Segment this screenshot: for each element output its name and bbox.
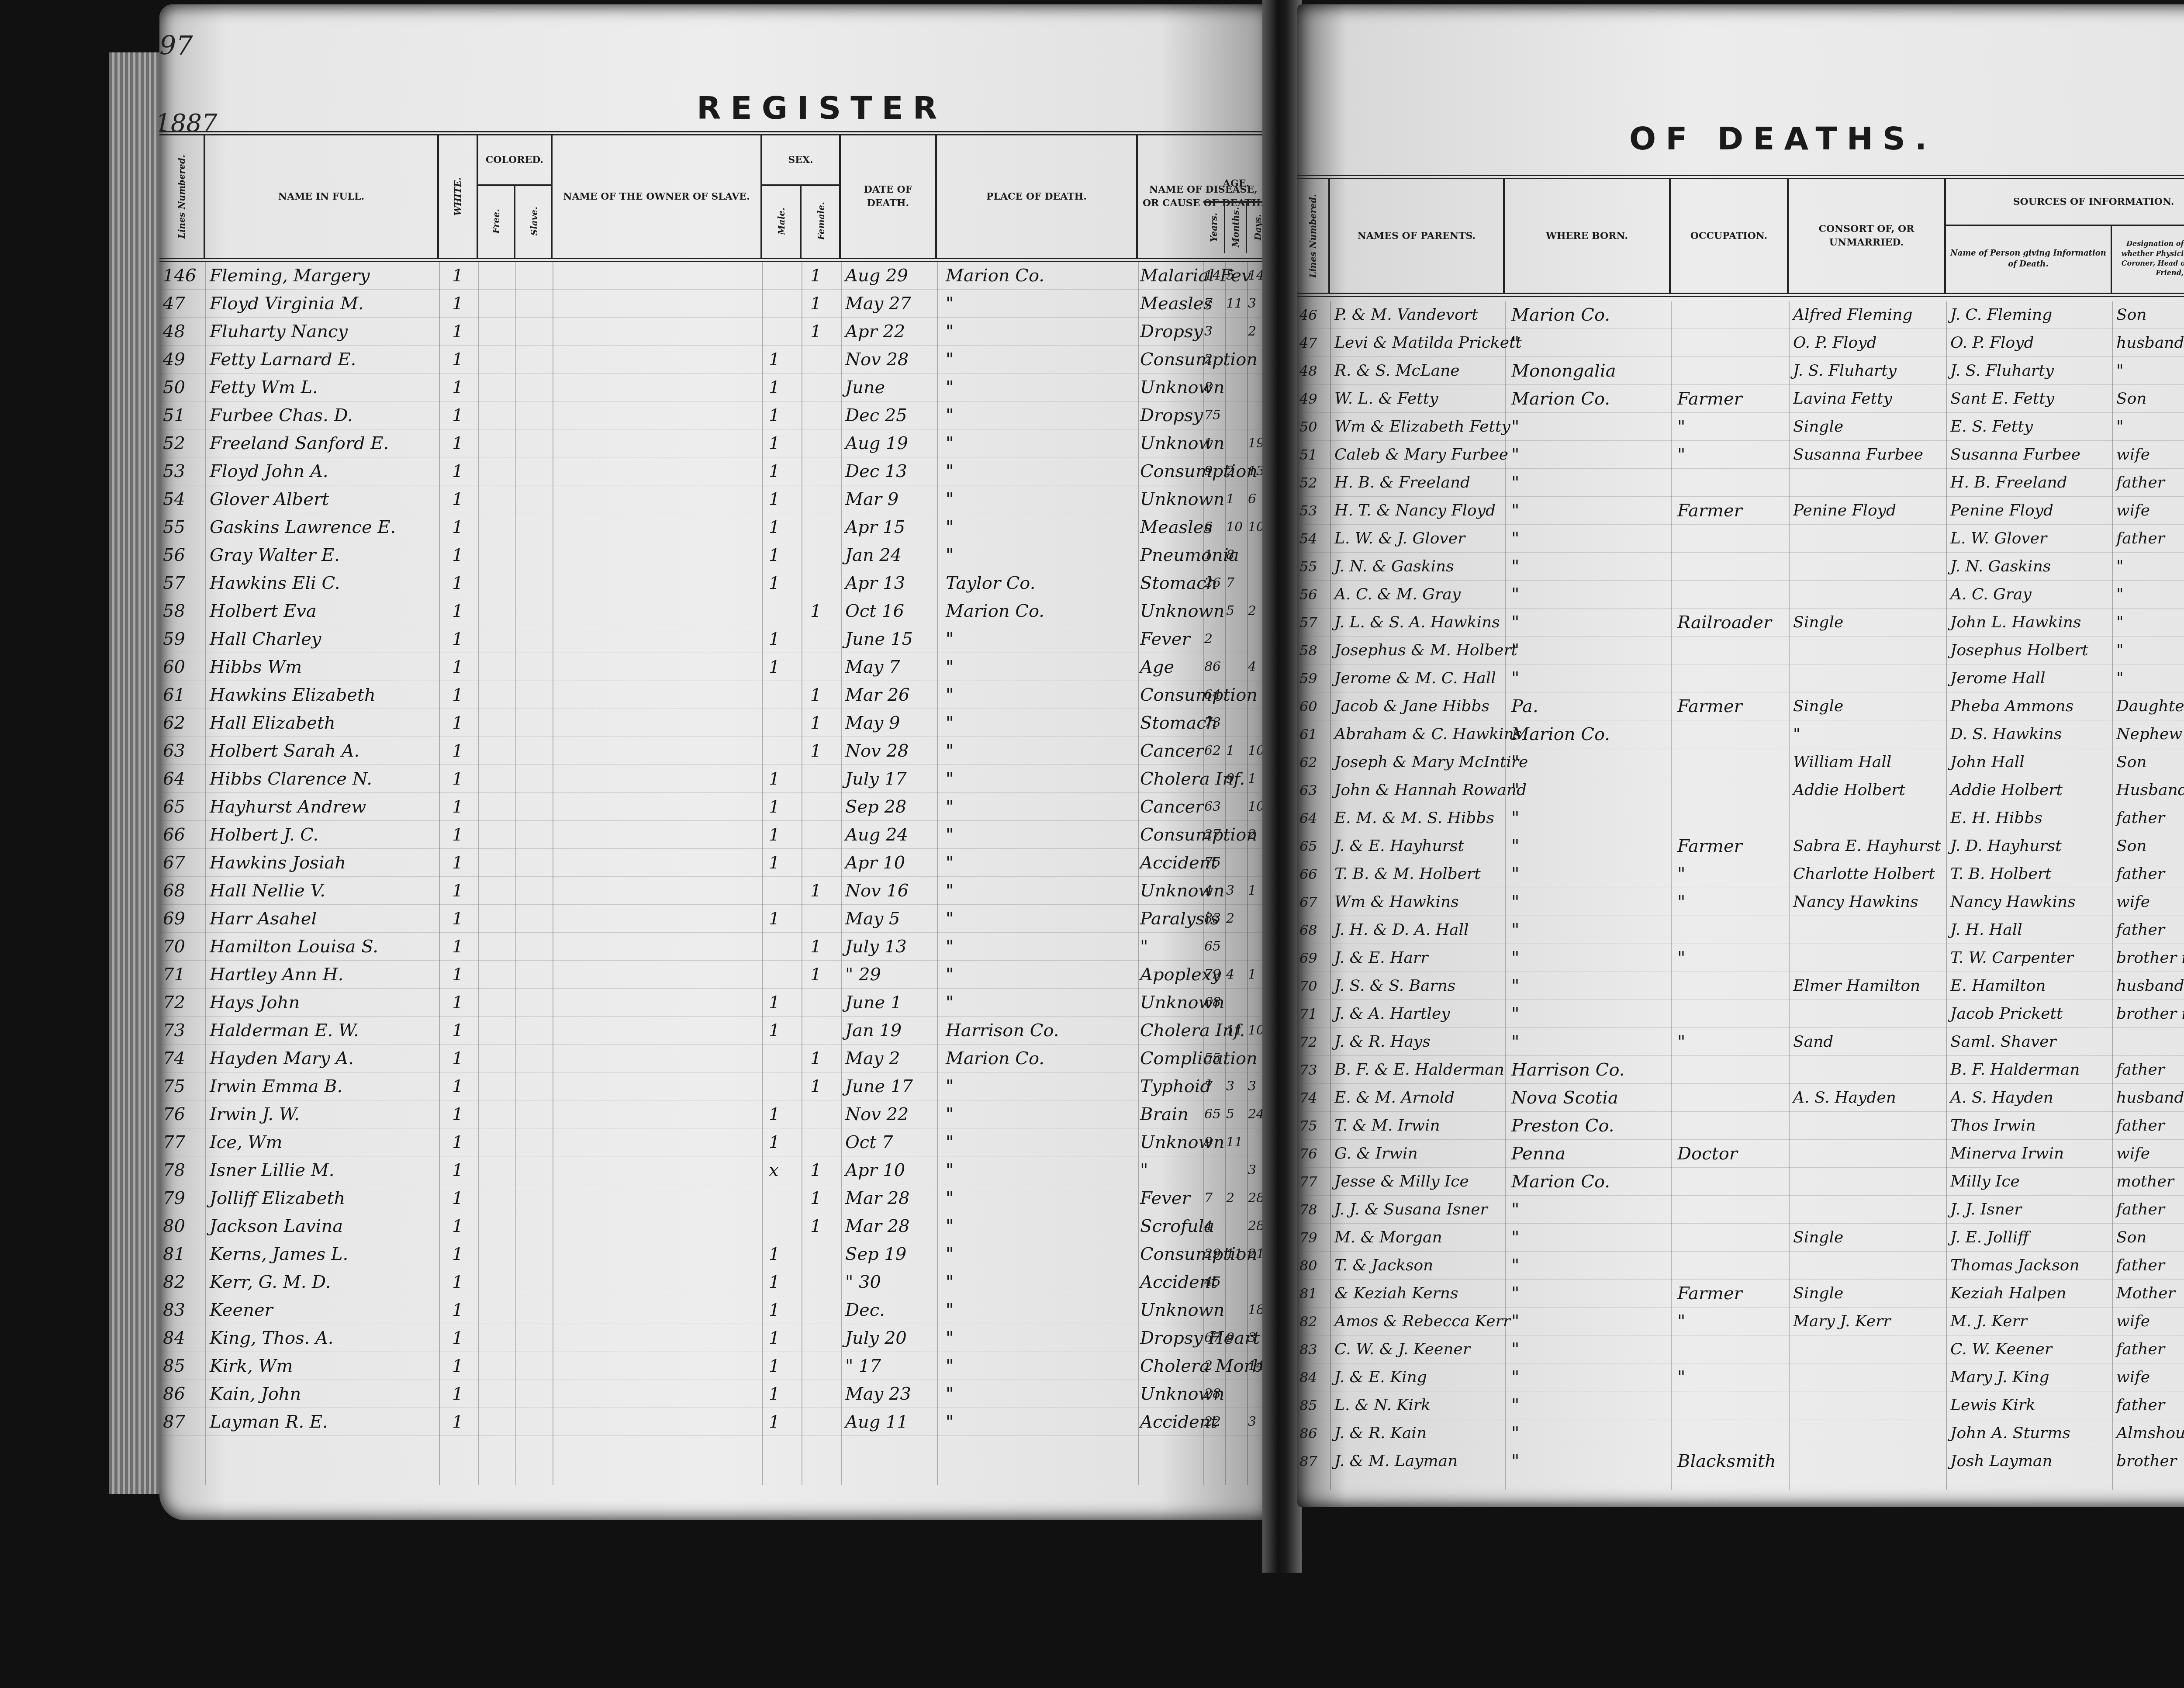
occupation: " [1677, 889, 1685, 916]
table-row: 56Gray Walter E.11Jan 24"Pneumonia18 [159, 542, 1269, 569]
line-number: 68 [163, 877, 185, 904]
white-mark: 1 [452, 849, 463, 876]
parents-names: J. & M. Layman [1334, 1448, 1458, 1475]
place-of-death: " [946, 626, 954, 653]
where-born: " [1511, 1448, 1519, 1475]
table-row: 87J. & M. Layman"BlacksmithJosh Laymanbr… [1297, 1448, 2184, 1475]
age-years: 14 [1204, 262, 1221, 289]
header-years: Years. [1203, 201, 1225, 253]
informant-designation: " [2116, 581, 2124, 608]
informant-name: H. B. Freeland [1950, 469, 2067, 496]
consort: Single [1793, 1224, 1843, 1251]
white-mark: 1 [452, 933, 463, 960]
line-number: 71 [163, 961, 185, 988]
deceased-name: Fetty Larnard E. [210, 346, 356, 373]
table-row: 82Kerr, G. M. D.11" 30"Accident45 [159, 1269, 1269, 1296]
age-years: 64 [1204, 681, 1221, 709]
informant-name: Addie Holbert [1950, 777, 2063, 804]
line-number: 81 [163, 1241, 185, 1268]
consort: Nancy Hawkins [1793, 889, 1918, 916]
where-born: " [1511, 1280, 1519, 1307]
table-row: 80Jackson Lavina11Mar 28"Scrofula428 [159, 1213, 1269, 1240]
where-born: " [1511, 637, 1519, 664]
age-years: 86 [1204, 654, 1221, 681]
age-months: 5 [1226, 262, 1234, 289]
white-mark: 1 [452, 1269, 463, 1296]
line-number: 80 [163, 1213, 185, 1240]
occupation: " [1677, 944, 1685, 972]
white-mark: 1 [452, 290, 463, 317]
occupation: Farmer [1677, 497, 1742, 524]
line-number: 64 [163, 765, 185, 792]
date-of-death: June 17 [845, 1073, 913, 1100]
informant-designation: father [2116, 1392, 2165, 1419]
deceased-name: King, Thos. A. [210, 1325, 334, 1352]
informant-designation: " [2116, 413, 2124, 440]
white-mark: 1 [452, 542, 463, 569]
informant-designation: Mother [2116, 1280, 2175, 1307]
cause-of-death: Fever [1140, 626, 1190, 653]
cause-of-death: Cancer [1140, 737, 1203, 764]
line-number: 86 [1299, 1420, 1317, 1447]
female-mark: 1 [810, 1213, 821, 1240]
white-mark: 1 [452, 1073, 463, 1100]
date-of-death: Nov 16 [845, 877, 909, 904]
header-lines-numbered: Lines Numbered. [159, 135, 205, 258]
parents-names: Joseph & Mary McIntire [1334, 749, 1528, 776]
parents-names: J. H. & D. A. Hall [1334, 917, 1469, 944]
table-row: 82Amos & Rebecca Kerr""Mary J. KerrM. J.… [1297, 1308, 2184, 1335]
place-of-death: Taylor Co. [946, 570, 1035, 597]
informant-designation: wife [2116, 441, 2150, 468]
male-mark: 1 [769, 821, 780, 848]
date-of-death: Oct 7 [845, 1129, 893, 1156]
table-row: 71Hartley Ann H.11" 29"Apoplexy7941 [159, 961, 1269, 988]
parents-names: E. M. & M. S. Hibbs [1334, 805, 1494, 832]
header-lines-numbered-right: Lines Numbered. [1297, 179, 1330, 293]
informant-name: Mary J. King [1950, 1364, 2049, 1391]
place-of-death: " [946, 905, 954, 932]
table-row: 62Hall Elizabeth11May 9"Stomach73 [159, 709, 1269, 737]
male-mark: 1 [769, 1380, 780, 1408]
date-of-death: May 2 [845, 1045, 900, 1072]
deceased-name: Hall Charley [210, 626, 321, 653]
right-table-header: Lines Numbered. NAMES OF PARENTS. WHERE … [1297, 175, 2184, 297]
place-of-death: " [946, 1297, 954, 1324]
table-row: 75Irwin Emma B.11June 17"Typhoid733 [159, 1073, 1269, 1100]
where-born: " [1511, 805, 1519, 832]
informant-name: L. W. Glover [1950, 525, 2047, 552]
white-mark: 1 [452, 346, 463, 373]
informant-designation: " [2116, 357, 2124, 384]
table-row: 76Irwin J. W.11Nov 22"Brain65524 [159, 1101, 1269, 1128]
line-number: 48 [1299, 357, 1317, 384]
date-of-death: May 9 [845, 709, 900, 737]
date-of-death: Sep 28 [845, 793, 906, 820]
line-number: 47 [163, 290, 185, 317]
deceased-name: Hibbs Wm [210, 654, 302, 681]
cause-of-death: Consumption [1140, 821, 1258, 848]
informant-name: Jacob Prickett [1950, 1000, 2063, 1027]
deceased-name: Irwin J. W. [210, 1101, 300, 1128]
date-of-death: Nov 22 [845, 1101, 909, 1128]
register-title: REGISTER [697, 90, 947, 126]
table-row: 67Hawkins Josiah11Apr 10"Accident75 [159, 849, 1269, 876]
informant-designation: husband [2116, 329, 2184, 356]
age-years: 9 [1204, 1129, 1213, 1156]
deceased-name: Kain, John [210, 1380, 301, 1408]
line-number: 68 [1299, 917, 1317, 944]
table-row: 51Furbee Chas. D.11Dec 25"Dropsy75 [159, 402, 1269, 429]
consort: Lavina Fetty [1793, 385, 1892, 412]
right-page: OF DEATHS. 97 Lines Numbered. NAMES OF P… [1297, 4, 2184, 1507]
place-of-death: " [946, 542, 954, 569]
cause-of-death: Unknown [1140, 1297, 1225, 1324]
line-number: 66 [1299, 861, 1317, 888]
table-row: 47Floyd Virginia M.11May 27"Measles7113 [159, 290, 1269, 317]
line-number: 83 [163, 1297, 185, 1324]
informant-name: Jerome Hall [1950, 665, 2045, 692]
parents-names: J. N. & Gaskins [1334, 553, 1454, 580]
female-mark: 1 [810, 262, 821, 289]
cause-of-death: Fever [1140, 1185, 1190, 1212]
place-of-death: " [946, 346, 954, 373]
line-number: 62 [1299, 749, 1317, 776]
table-row: 66Holbert J. C.11Aug 24"Consumption272 [159, 821, 1269, 848]
parents-names: T. & M. Irwin [1334, 1112, 1440, 1139]
informant-name: Keziah Halpen [1950, 1280, 2067, 1307]
male-mark: 1 [769, 346, 780, 373]
informant-name: J. N. Gaskins [1950, 553, 2051, 580]
where-born: " [1511, 609, 1519, 636]
where-born: " [1511, 1224, 1519, 1251]
informant-designation: husband [2116, 1084, 2184, 1111]
age-years: 45 [1204, 1269, 1221, 1296]
table-row: 63John & Hannah Rowand"Addie HolbertAddi… [1297, 777, 2184, 804]
male-mark: 1 [769, 430, 780, 457]
parents-names: Abraham & C. Hawkins [1334, 721, 1522, 748]
line-number: 78 [163, 1157, 185, 1184]
table-row: 74Hayden Mary A.11May 2Marion Co.Complic… [159, 1045, 1269, 1072]
age-months: 5 [1226, 1101, 1234, 1128]
table-row: 69Harr Asahel11May 5"Paralysis832 [159, 905, 1269, 932]
parents-names: Josephus & M. Holbert [1334, 637, 1517, 664]
line-number: 67 [1299, 889, 1317, 916]
line-number: 62 [163, 709, 185, 737]
parents-names: J. S. & S. Barns [1334, 972, 1455, 1000]
age-years: 2 [1204, 1352, 1213, 1380]
table-row: 86Kain, John11May 23"Unknown28 [159, 1380, 1269, 1408]
informant-designation: father [2116, 1336, 2165, 1363]
consort: Sand [1793, 1028, 1833, 1055]
parents-names: T. & Jackson [1334, 1252, 1433, 1279]
date-of-death: May 5 [845, 905, 900, 932]
consort: Single [1793, 1280, 1843, 1307]
informant-name: Milly Ice [1950, 1168, 2020, 1195]
where-born: " [1511, 1336, 1519, 1363]
age-years: 2 [1204, 626, 1213, 653]
age-years: 75 [1204, 849, 1221, 876]
cause-of-death: Typhoid [1140, 1073, 1211, 1100]
deceased-name: Kirk, Wm [210, 1352, 293, 1380]
line-number: 76 [1299, 1140, 1317, 1167]
age-months: 8 [1226, 542, 1234, 569]
age-months: 7 [1226, 570, 1234, 597]
place-of-death: " [946, 709, 954, 737]
informant-designation: father [2116, 917, 2165, 944]
age-days: 3 [1248, 1073, 1256, 1100]
table-row: 64E. M. & M. S. Hibbs"E. H. Hibbsfather [1297, 805, 2184, 832]
table-row: 63Holbert Sarah A.11Nov 28"Cancer62110 [159, 737, 1269, 764]
informant-name: John A. Sturms [1950, 1420, 2070, 1447]
date-of-death: June [845, 374, 885, 401]
line-number: 83 [1299, 1336, 1317, 1363]
deceased-name: Kerns, James L. [210, 1241, 348, 1268]
line-number: 74 [1299, 1084, 1317, 1111]
age-years: 28 [1204, 1380, 1221, 1408]
line-number: 53 [163, 458, 185, 485]
age-days: 3 [1248, 1325, 1256, 1352]
male-mark: 1 [769, 626, 780, 653]
where-born: " [1511, 944, 1519, 972]
age-months: 11 [1226, 1129, 1243, 1156]
date-of-death: May 27 [845, 290, 911, 317]
parents-names: E. & M. Arnold [1334, 1084, 1455, 1111]
age-days: 2 [1248, 598, 1256, 625]
line-number: 84 [1299, 1364, 1317, 1391]
where-born: " [1511, 1196, 1519, 1223]
parents-names: J. & R. Kain [1334, 1420, 1427, 1447]
line-number: 49 [163, 346, 185, 373]
occupation: " [1677, 441, 1685, 468]
white-mark: 1 [452, 570, 463, 597]
informant-name: Thomas Jackson [1950, 1252, 2080, 1279]
deceased-name: Floyd John A. [210, 458, 328, 485]
line-number: 65 [163, 793, 185, 820]
deceased-name: Fluharty Nancy [210, 318, 348, 345]
where-born: " [1511, 1420, 1519, 1447]
informant-designation: wife [2116, 1140, 2150, 1167]
line-number: 51 [1299, 441, 1317, 468]
table-row: 70J. S. & S. Barns"Elmer HamiltonE. Hami… [1297, 972, 2184, 1000]
age-years: 83 [1204, 905, 1221, 932]
where-born: " [1511, 749, 1519, 776]
age-years: 3 [1204, 318, 1213, 345]
table-row: 48R. & S. McLaneMonongaliaJ. S. Fluharty… [1297, 357, 2184, 384]
place-of-death: Marion Co. [946, 598, 1044, 625]
table-row: 86J. & R. Kain"John A. SturmsAlmshouse S… [1297, 1420, 2184, 1447]
age-days: 6 [1248, 486, 1256, 513]
consort: O. P. Floyd [1793, 329, 1877, 356]
parents-names: J. J. & Susana Isner [1334, 1196, 1488, 1223]
line-number: 58 [163, 598, 185, 625]
informant-name: Saml. Shaver [1950, 1028, 2056, 1055]
informant-designation: father [2116, 1056, 2165, 1083]
age-months: 3 [1226, 1073, 1234, 1100]
white-mark: 1 [452, 709, 463, 737]
female-mark: 1 [810, 961, 821, 988]
informant-name: Thos Irwin [1950, 1112, 2036, 1139]
deceased-name: Jolliff Elizabeth [210, 1185, 345, 1212]
age-months: 1 [1226, 737, 1234, 764]
white-mark: 1 [452, 598, 463, 625]
place-of-death: " [946, 1157, 954, 1184]
female-mark: 1 [810, 290, 821, 317]
cause-of-death: Scrofula [1140, 1213, 1214, 1240]
consort: Susanna Furbee [1793, 441, 1923, 468]
male-mark: 1 [769, 989, 780, 1016]
deceased-name: Ice, Wm [210, 1129, 282, 1156]
age-years: 9 [1204, 458, 1213, 485]
where-born: Harrison Co. [1511, 1056, 1625, 1083]
white-mark: 1 [452, 1045, 463, 1072]
parents-names: H. T. & Nancy Floyd [1334, 497, 1496, 524]
table-row: 57Hawkins Eli C.11Apr 13Taylor Co.Stomac… [159, 570, 1269, 597]
line-number: 73 [1299, 1056, 1317, 1083]
line-number: 84 [163, 1325, 185, 1352]
informant-name: A. C. Gray [1950, 581, 2032, 608]
line-number: 79 [1299, 1224, 1317, 1251]
place-of-death: " [946, 486, 954, 513]
deceased-name: Hayden Mary A. [210, 1045, 354, 1072]
table-row: 60Jacob & Jane HibbsPa.FarmerSinglePheba… [1297, 693, 2184, 720]
line-number: 82 [1299, 1308, 1317, 1335]
informant-designation: Daughter [2116, 693, 2184, 720]
line-number: 48 [163, 318, 185, 345]
occupation: Farmer [1677, 833, 1742, 860]
line-number: 74 [163, 1045, 185, 1072]
where-born: " [1511, 1000, 1519, 1027]
male-mark: 1 [769, 1269, 780, 1296]
cause-of-death: Pneumonia [1140, 542, 1239, 569]
deceased-name: Holbert Eva [210, 598, 317, 625]
white-mark: 1 [452, 374, 463, 401]
cause-of-death: Dropsy [1140, 318, 1203, 345]
date-of-death: Apr 15 [845, 514, 905, 541]
age-years: 4 [1204, 877, 1213, 904]
table-row: 51Caleb & Mary Furbee""Susanna FurbeeSus… [1297, 441, 2184, 468]
age-months: 3 [1226, 877, 1234, 904]
date-of-death: Aug 19 [845, 430, 908, 457]
table-row: 78J. J. & Susana Isner"J. J. Isnerfather [1297, 1196, 2184, 1223]
white-mark: 1 [452, 1017, 463, 1044]
table-row: 54Glover Albert11Mar 9"Unknown16 [159, 486, 1269, 513]
age-months: 1 [1226, 486, 1234, 513]
age-days: 3 [1248, 1408, 1256, 1435]
line-number: 87 [163, 1408, 185, 1435]
age-years: 2 [1204, 346, 1213, 373]
line-number: 60 [1299, 693, 1317, 720]
white-mark: 1 [452, 626, 463, 653]
white-mark: 1 [452, 1213, 463, 1240]
line-number: 78 [1299, 1196, 1317, 1223]
age-years: 62 [1204, 737, 1221, 764]
consort: Elmer Hamilton [1793, 972, 1920, 1000]
right-table-body: 46P. & M. VandevortMarion Co.Alfred Flem… [1297, 301, 2184, 1490]
informant-name: T. B. Holbert [1950, 861, 2052, 888]
white-mark: 1 [452, 318, 463, 345]
line-number: 67 [163, 849, 185, 876]
table-row: 85Kirk, Wm11" 17"Cholera Morbus214 [159, 1352, 1269, 1380]
parents-names: P. & M. Vandevort [1334, 301, 1478, 329]
deceased-name: Floyd Virginia M. [210, 290, 364, 317]
table-row: 49Fetty Larnard E.11Nov 28"Consumption2 [159, 346, 1269, 373]
where-born: Penna [1511, 1140, 1565, 1167]
cause-of-death: Malarial Fev [1140, 262, 1251, 289]
date-of-death: Apr 10 [845, 1157, 905, 1184]
table-row: 66T. B. & M. Holbert""Charlotte HolbertT… [1297, 861, 2184, 888]
informant-designation: " [2116, 609, 2124, 636]
line-number: 60 [163, 654, 185, 681]
place-of-death: " [946, 1101, 954, 1128]
line-number: 55 [163, 514, 185, 541]
line-number: 55 [1299, 553, 1317, 580]
table-row: 53Floyd John A.11Dec 13"Consumption9213 [159, 458, 1269, 485]
consort: A. S. Hayden [1793, 1084, 1896, 1111]
informant-designation: wife [2116, 889, 2150, 916]
table-row: 50Wm & Elizabeth Fetty""SingleE. S. Fett… [1297, 413, 2184, 440]
informant-designation: Nephew [2116, 721, 2182, 748]
age-years: 4 [1204, 1213, 1213, 1240]
informant-designation: father [2116, 469, 2165, 496]
place-of-death: " [946, 374, 954, 401]
age-years: 7 [1204, 1185, 1213, 1212]
cause-of-death: Unknown [1140, 486, 1225, 513]
occupation: Farmer [1677, 1280, 1742, 1307]
male-mark: 1 [769, 1297, 780, 1324]
parents-names: Caleb & Mary Furbee [1334, 441, 1508, 468]
header-names-of-parents: NAMES OF PARENTS. [1330, 179, 1505, 293]
where-born: " [1511, 777, 1519, 804]
informant-designation: wife [2116, 1364, 2150, 1391]
age-years: 1 [1204, 430, 1213, 457]
parents-names: H. B. & Freeland [1334, 469, 1470, 496]
occupation: " [1677, 1028, 1685, 1055]
table-row: 85L. & N. Kirk"Lewis Kirkfather [1297, 1392, 2184, 1419]
informant-name: J. J. Isner [1950, 1196, 2022, 1223]
deceased-name: Hall Nellie V. [210, 877, 325, 904]
parents-names: J. & A. Hartley [1334, 1000, 1450, 1027]
male-mark: 1 [769, 1408, 780, 1435]
informant-designation: brother [2116, 1448, 2177, 1475]
informant-designation: " [2116, 637, 2124, 664]
deceased-name: Hibbs Clarence N. [210, 765, 372, 792]
table-row: 52H. B. & Freeland"H. B. Freelandfather [1297, 469, 2184, 496]
deceased-name: Hawkins Elizabeth [210, 681, 376, 709]
age-days: 3 [1248, 290, 1256, 317]
line-number: 59 [1299, 665, 1317, 692]
deceased-name: Fleming, Margery [210, 262, 370, 289]
informant-designation: brother in law [2116, 1000, 2184, 1027]
informant-name: C. W. Keener [1950, 1336, 2052, 1363]
informant-designation: father [2116, 1252, 2165, 1279]
consort: Alfred Fleming [1793, 301, 1913, 329]
informant-name: T. W. Carpenter [1950, 944, 2073, 972]
male-mark: 1 [769, 458, 780, 485]
cause-of-death: " [1140, 1157, 1148, 1184]
informant-name: E. S. Fetty [1950, 413, 2033, 440]
age-years: 75 [1204, 402, 1221, 429]
informant-name: J. H. Hall [1950, 917, 2022, 944]
cause-of-death: Consumption [1140, 458, 1258, 485]
table-row: 146Fleming, Margery11Aug 29Marion Co.Mal… [159, 262, 1269, 289]
male-mark: 1 [769, 1352, 780, 1380]
date-of-death: Apr 13 [845, 570, 905, 597]
date-of-death: Apr 22 [845, 318, 905, 345]
informant-name: Lewis Kirk [1950, 1392, 2035, 1419]
line-number: 81 [1299, 1280, 1317, 1307]
female-mark: 1 [810, 1045, 821, 1072]
